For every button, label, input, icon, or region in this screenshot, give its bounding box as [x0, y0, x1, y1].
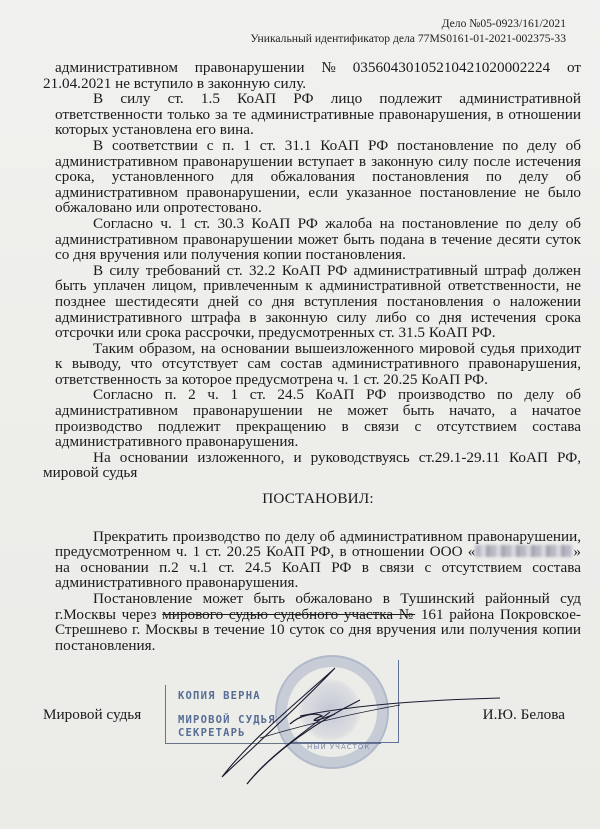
ruling-body: административном правонарушении № 035604…: [55, 60, 581, 653]
struck-text: мирового судью судебного участка №: [162, 606, 415, 623]
paragraph-appeal-procedure: Постановление может быть обжаловано в Ту…: [55, 591, 581, 653]
judge-name: И.Ю. Белова: [483, 706, 565, 724]
judge-role: Мировой судья: [43, 706, 141, 724]
paragraph-appeal-term: Согласно ч. 1 ст. 30.3 КоАП РФ жалоба на…: [55, 216, 581, 263]
seal-text: НЫЙ УЧАСТОК: [307, 743, 370, 751]
ruling-number: 03560430105210421020002224: [353, 60, 550, 76]
text-fragment: административном: [55, 60, 178, 76]
redacted-company-name: [475, 545, 573, 557]
stamp-rectangle: [290, 660, 399, 743]
continued-line: административном правонарушении № 035604…: [55, 60, 581, 76]
text-fragment: от: [567, 60, 581, 76]
text-fragment: правонарушении: [195, 60, 305, 76]
paragraph-liability: В силу ст. 1.5 КоАП РФ лицо подлежит адм…: [55, 91, 581, 138]
stamp-judge: МИРОВОЙ СУДЬЯ: [178, 714, 276, 726]
case-number: Дело №05-0923/161/2021: [250, 16, 566, 31]
stamp-secretary: СЕКРЕТАРЬ: [178, 727, 246, 739]
paragraph-entry-into-force: В соответствии с п. 1 ст. 31.1 КоАП РФ п…: [55, 138, 581, 216]
case-header: Дело №05-0923/161/2021 Уникальный иденти…: [250, 16, 566, 46]
paragraph-continuation: 21.04.2021 не вступило в законную силу.: [43, 76, 581, 92]
ruling-title: ПОСТАНОВИЛ:: [55, 491, 581, 507]
paragraph-termination-grounds: Согласно п. 2 ч. 1 ст. 24.5 КоАП РФ прои…: [55, 387, 581, 449]
paragraph-conclusion: Таким образом, на основании вышеизложенн…: [55, 341, 581, 388]
paragraph-based-on: На основании изложенного, и руководствуя…: [43, 450, 581, 481]
case-unique-id: Уникальный идентификатор дела 77MS0161-0…: [250, 31, 566, 46]
number-sign: №: [321, 60, 336, 76]
stamp-copy-certified: КОПИЯ ВЕРНА: [178, 690, 261, 702]
paragraph-ruling-decision: Прекратить производство по делу об админ…: [55, 529, 581, 591]
paragraph-fine-payment: В силу требований ст. 32.2 КоАП РФ админ…: [55, 263, 581, 341]
court-ruling-page: Дело №05-0923/161/2021 Уникальный иденти…: [0, 0, 600, 829]
